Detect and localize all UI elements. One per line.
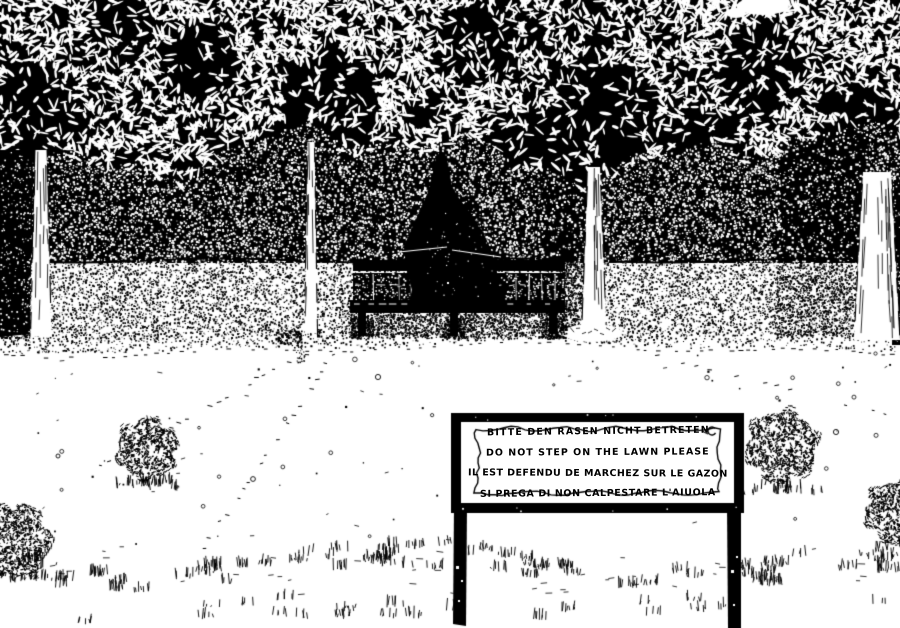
park-illustration-canvas	[0, 0, 900, 628]
ink-drawing-scene: BITTE DEN RASEN NICHT BETRETEN DO NOT ST…	[0, 0, 900, 628]
